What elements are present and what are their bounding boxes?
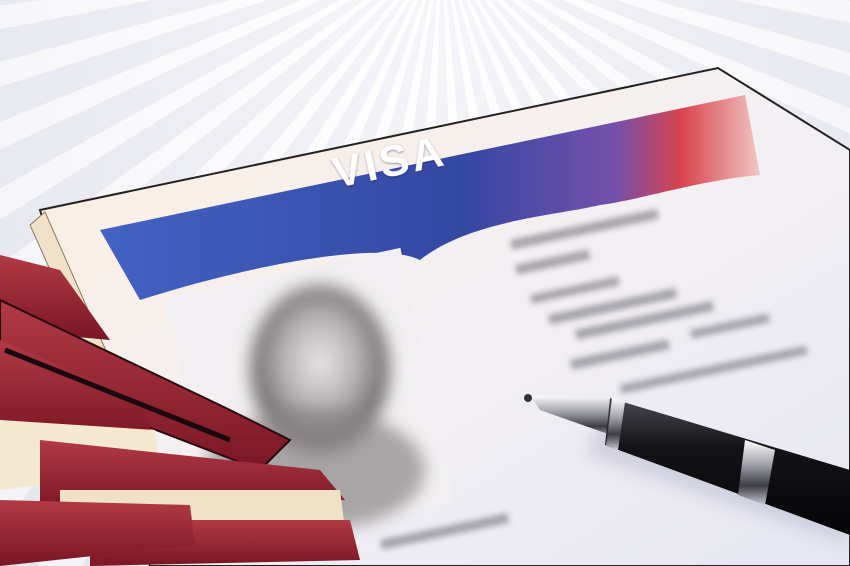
visa-scene: VISA — [0, 0, 850, 566]
visa-illustration — [0, 0, 850, 566]
